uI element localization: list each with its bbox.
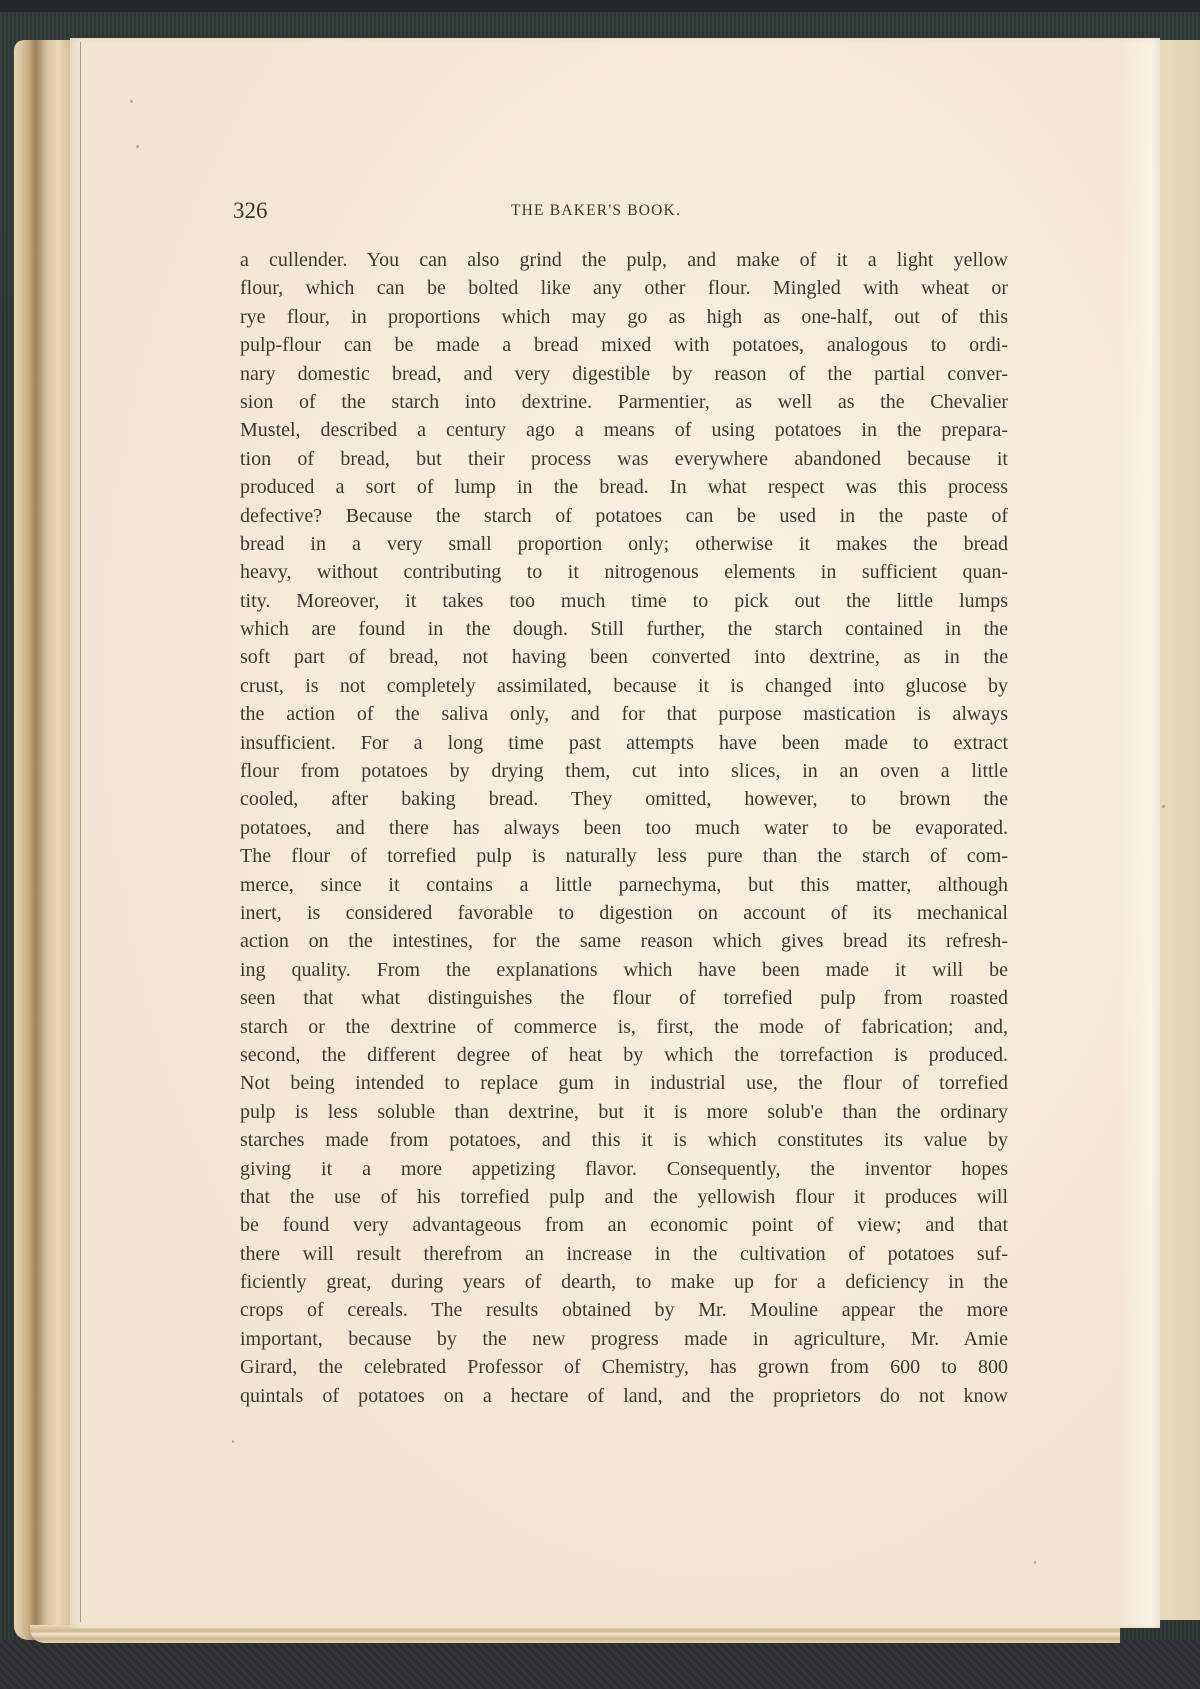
page-header: 326 THE BAKER'S BOOK. <box>233 198 1013 230</box>
text-line: which are found in the dough. Still furt… <box>240 615 1008 643</box>
text-line: rye flour, in proportions which may go a… <box>240 303 1008 331</box>
text-line: sion of the starch into dextrine. Parmen… <box>240 388 1008 416</box>
text-line: be found very advantageous from an econo… <box>240 1211 1008 1239</box>
text-line: tity. Moreover, it takes too much time t… <box>240 587 1008 615</box>
text-line: flour, which can be bolted like any othe… <box>240 274 1008 302</box>
text-line: pulp-flour can be made a bread mixed wit… <box>240 331 1008 359</box>
text-line: quintals of potatoes on a hectare of lan… <box>240 1382 1008 1410</box>
page-number: 326 <box>233 198 268 224</box>
text-line: bread in a very small proportion only; o… <box>240 530 1008 558</box>
text-line: second, the different degree of heat by … <box>240 1041 1008 1069</box>
text-line: soft part of bread, not having been conv… <box>240 643 1008 671</box>
text-line: Not being intended to replace gum in ind… <box>240 1069 1008 1097</box>
text-line: defective? Because the starch of potatoe… <box>240 502 1008 530</box>
text-line: crust, is not completely assimilated, be… <box>240 672 1008 700</box>
text-line: action on the intestines, for the same r… <box>240 927 1008 955</box>
cover-bottom-edge <box>0 1640 1200 1689</box>
body-text: a cullender. You can also grind the pulp… <box>240 246 1008 1410</box>
text-line: giving it a more appetizing flavor. Cons… <box>240 1155 1008 1183</box>
gutter-line <box>80 42 81 1622</box>
text-line: starch or the dextrine of commerce is, f… <box>240 1013 1008 1041</box>
text-line: merce, since it contains a little parnec… <box>240 871 1008 899</box>
text-line: nary domestic bread, and very digestible… <box>240 360 1008 388</box>
text-line: The flour of torrefied pulp is naturally… <box>240 842 1008 870</box>
paper-speck <box>1162 805 1165 808</box>
text-line: produced a sort of lump in the bread. In… <box>240 473 1008 501</box>
text-line: cooled, after baking bread. They omitted… <box>240 785 1008 813</box>
paper-speck <box>136 145 139 148</box>
text-line: insufficient. For a long time past attem… <box>240 729 1008 757</box>
text-line: starches made from potatoes, and this it… <box>240 1126 1008 1154</box>
running-head: THE BAKER'S BOOK. <box>511 202 681 220</box>
text-line: ing quality. From the explanations which… <box>240 956 1008 984</box>
text-line: Girard, the celebrated Professor of Chem… <box>240 1353 1008 1381</box>
text-line: flour from potatoes by drying them, cut … <box>240 757 1008 785</box>
text-line: pulp is less soluble than dextrine, but … <box>240 1098 1008 1126</box>
cover-top-edge <box>0 0 1200 12</box>
text-line: tion of bread, but their process was eve… <box>240 445 1008 473</box>
text-line: crops of cereals. The results obtained b… <box>240 1296 1008 1324</box>
paper-speck <box>130 100 133 103</box>
text-line: a cullender. You can also grind the pulp… <box>240 246 1008 274</box>
text-line: seen that what distinguishes the flour o… <box>240 984 1008 1012</box>
text-line: inert, is considered favorable to digest… <box>240 899 1008 927</box>
paper-speck <box>232 1440 234 1443</box>
text-line: important, because by the new progress m… <box>240 1325 1008 1353</box>
text-line: there will result therefrom an increase … <box>240 1240 1008 1268</box>
text-line: heavy, without contributing to it nitrog… <box>240 558 1008 586</box>
paper-speck <box>1034 1561 1036 1564</box>
text-line: Mustel, described a century ago a means … <box>240 416 1008 444</box>
text-line: that the use of his torrefied pulp and t… <box>240 1183 1008 1211</box>
text-line: the action of the saliva only, and for t… <box>240 700 1008 728</box>
text-line: potatoes, and there has always been too … <box>240 814 1008 842</box>
text-line: ficiently great, during years of dearth,… <box>240 1268 1008 1296</box>
